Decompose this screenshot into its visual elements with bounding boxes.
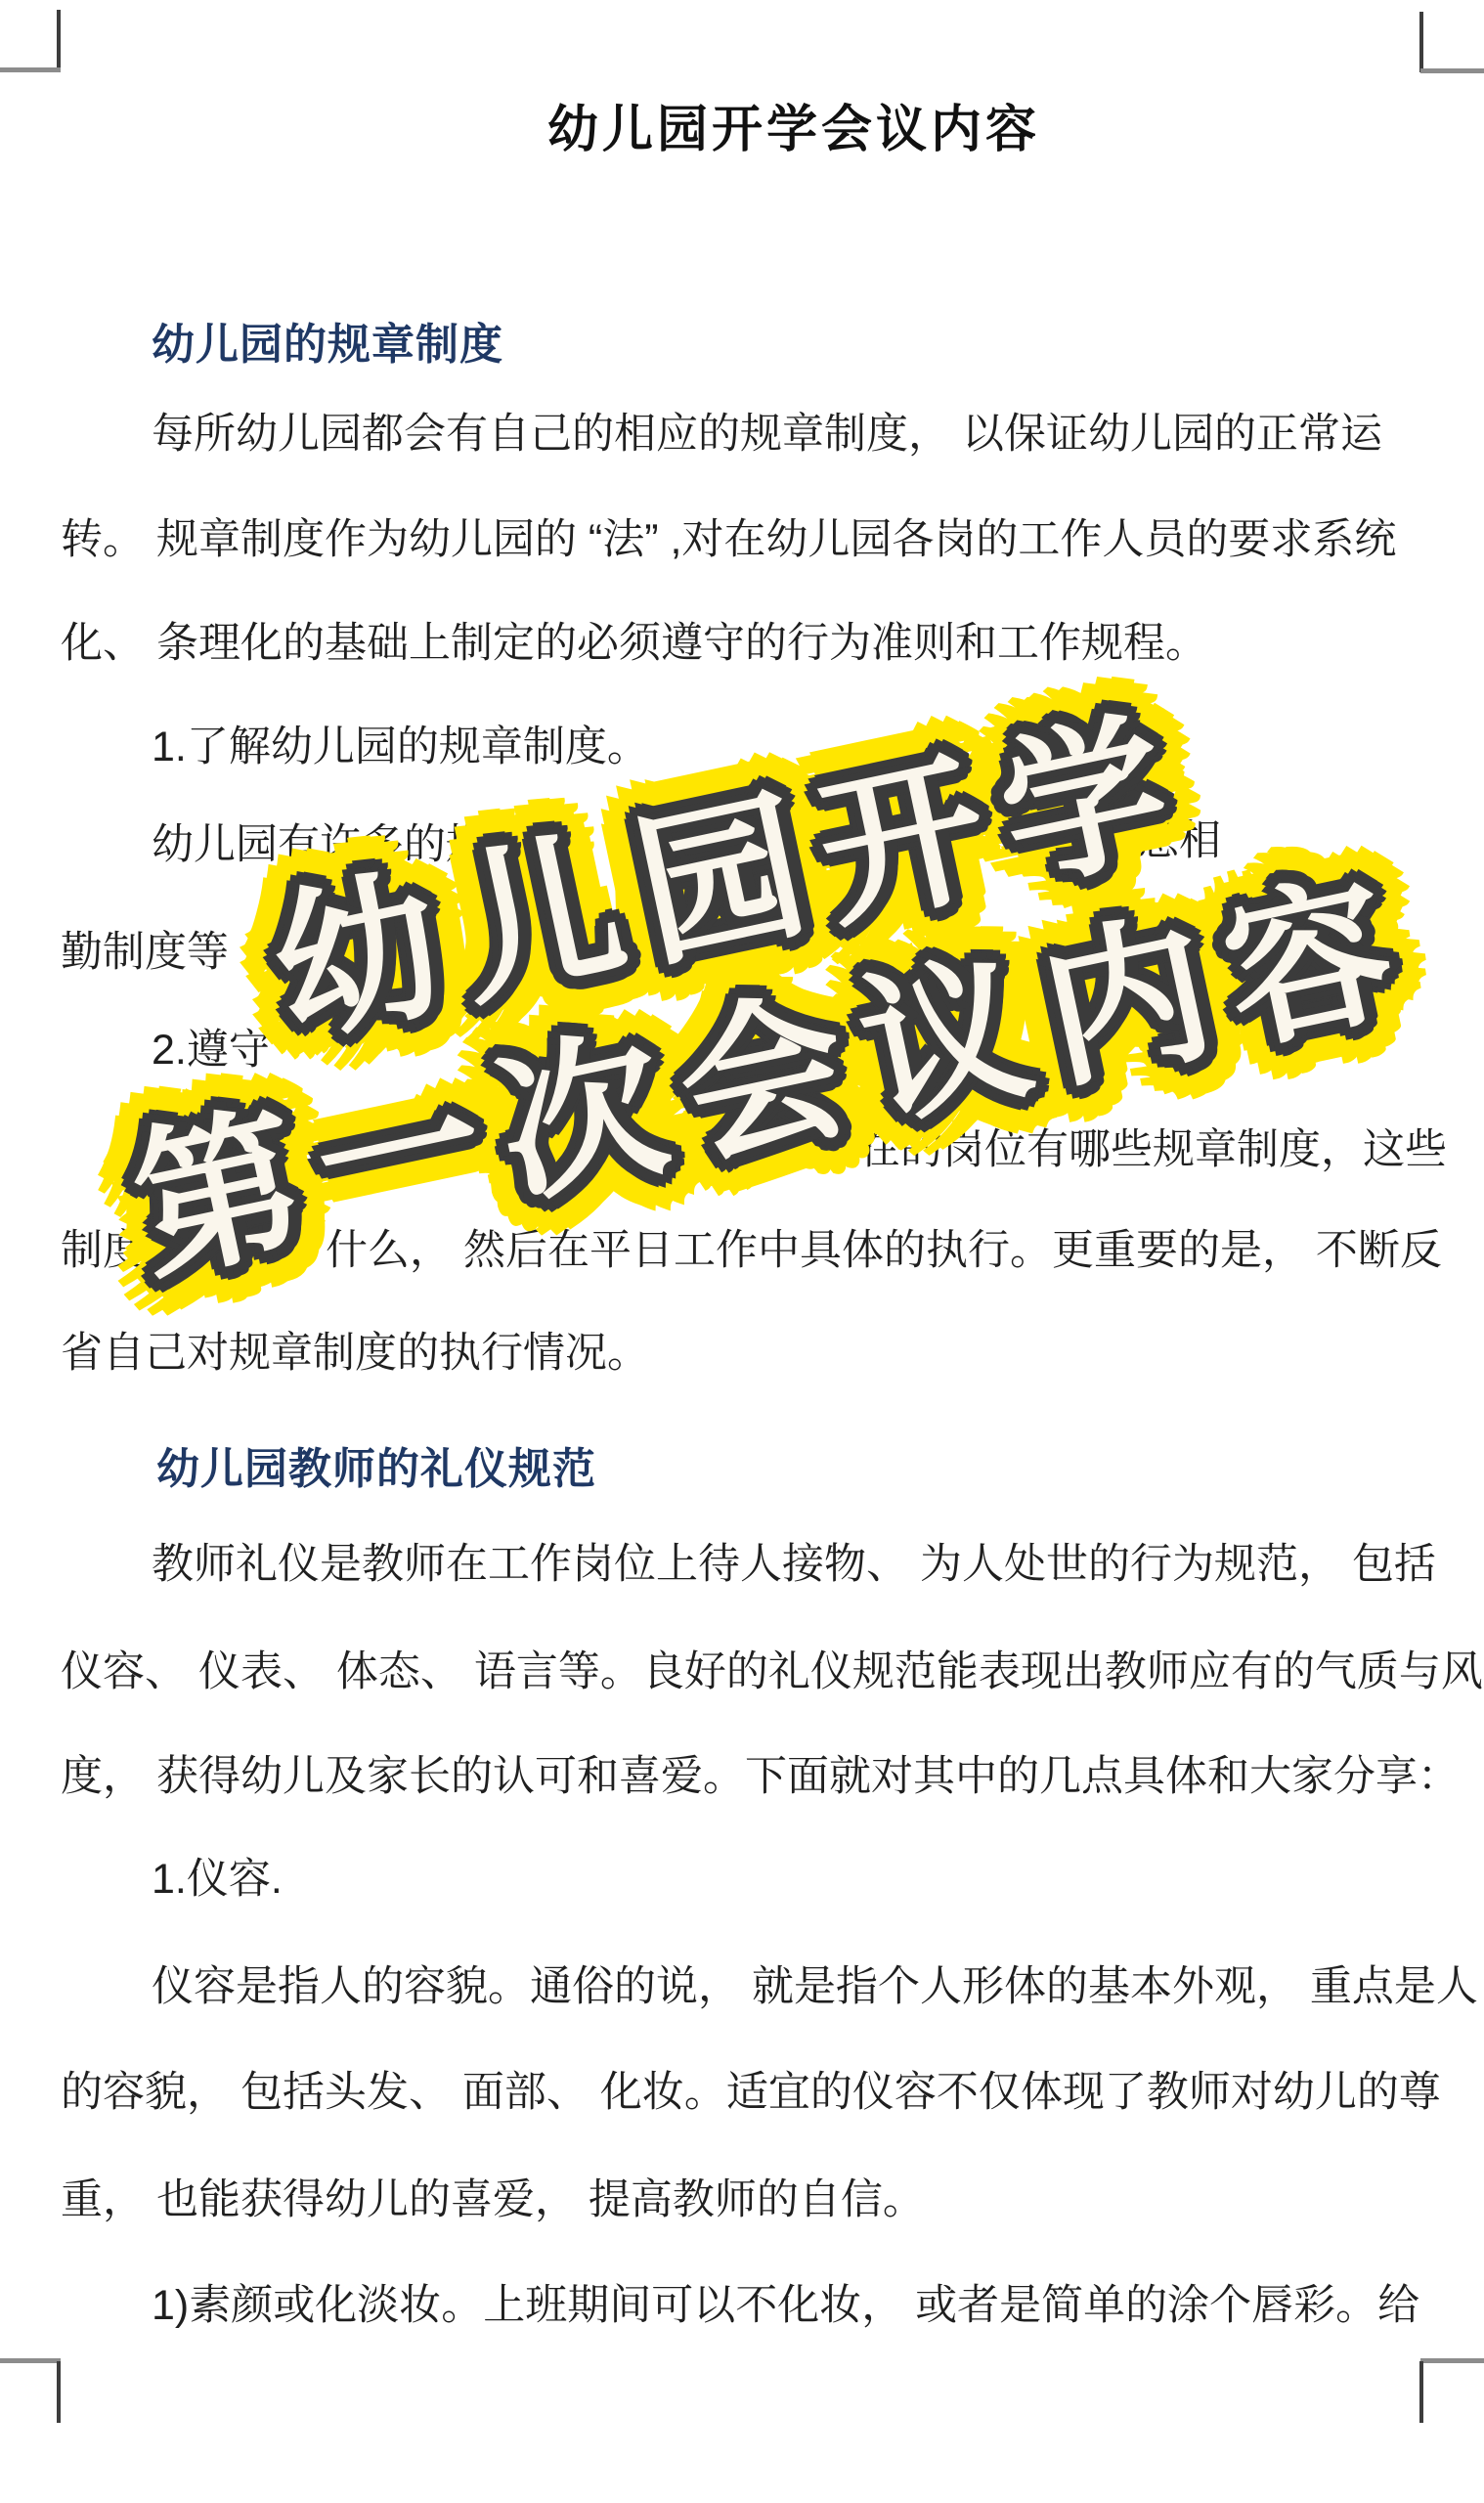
doc-line: 仪容、 仪表、 体态、 语言等。良好的礼仪规范能表现出教师应有的气质与风 — [61, 1648, 1483, 1696]
doc-line: 转。 规章制度作为幼儿园的 “法” ,对在幼儿园各岗的工作人员的要求系统 — [61, 516, 1396, 564]
crop-mark-top-right-vertical — [1419, 12, 1423, 72]
doc-line: 教师礼仪是教师在工作岗位上待人接物、 为人处世的行为规范， 包括 — [152, 1541, 1436, 1589]
doc-line: 1.了解幼儿园的规章制度。 — [152, 724, 649, 771]
doc-line-fragment: 制度 — [61, 1227, 145, 1275]
doc-line-fragment: 在的岗位有哪些规章制度，这些 — [858, 1126, 1447, 1174]
crop-mark-top-left-horizontal — [0, 67, 61, 72]
doc-line: 度， 获得幼儿及家长的认可和喜爱。下面就对其中的几点具体和大家分享： — [61, 1753, 1460, 1801]
crop-mark-bottom-right-horizontal — [1420, 2358, 1484, 2363]
doc-line-fragment: 2.遵守 — [152, 1027, 271, 1075]
doc-line: 仪容是指人的容貌。通俗的说， 就是指个人形体的基本外观， 重点是人 — [152, 1963, 1478, 2011]
doc-line: 省自己对规章制度的执行情况。 — [61, 1330, 649, 1378]
doc-line: 的容貌， 包括头发、 面部、 化妆。适宜的仪容不仅体现了教师对幼儿的尊 — [61, 2069, 1441, 2117]
section-heading-rules: 幼儿园的规章制度 — [152, 309, 503, 372]
doc-line: 1)素颜或化淡妆。上班期间可以不化妆， 或者是简单的涂个唇彩。给 — [152, 2282, 1419, 2330]
document-page: 幼儿园开学会议内容 幼儿园的规章制度 每所幼儿园都会有自己的相应的规章制度， 以… — [0, 0, 1484, 2503]
doc-line: 每所幼儿园都会有自己的相应的规章制度， 以保证幼儿园的正常运 — [152, 411, 1382, 459]
crop-mark-top-left-vertical — [57, 10, 61, 70]
doc-line-fragment: 什么， 然后在平日工作中具体的执行。更重要的是， 不断反 — [326, 1227, 1442, 1275]
crop-mark-top-right-horizontal — [1420, 68, 1484, 73]
crop-mark-bottom-left-vertical — [57, 2361, 61, 2423]
page-title: 幼儿园开学会议内容 — [547, 88, 1040, 161]
doc-line-fragment: 幼儿园有许多的规 — [152, 821, 488, 869]
doc-line: 化、 条理化的基础上制定的必须遵守的行为准则和工作规程。 — [61, 620, 1207, 668]
doc-line-fragment: 勤制度等 — [61, 929, 229, 977]
doc-line-fragment: 息相 — [1137, 817, 1221, 865]
crop-mark-bottom-left-horizontal — [0, 2358, 61, 2363]
crop-mark-bottom-right-vertical — [1419, 2361, 1423, 2423]
doc-line: 重， 也能获得幼儿的喜爱， 提高教师的自信。 — [61, 2176, 925, 2224]
section-heading-etiquette: 幼儿园教师的礼仪规范 — [156, 1433, 596, 1496]
doc-line: 1.仪容. — [152, 1856, 283, 1904]
